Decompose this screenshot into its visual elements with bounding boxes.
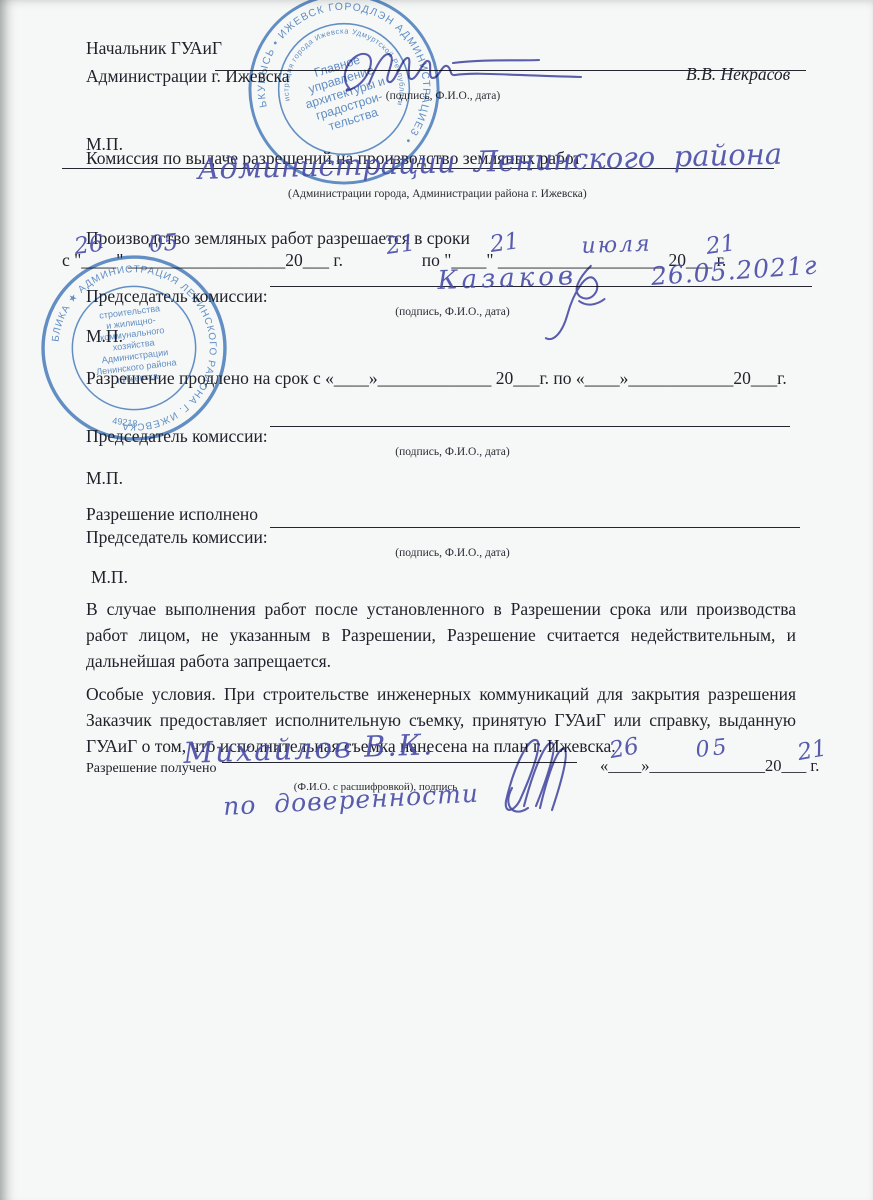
- prolongation-line: Разрешение продлено на срок с «____»____…: [86, 368, 787, 390]
- chairman-issue-signature-ink: [528, 260, 640, 348]
- receipt-date-month: 05: [694, 735, 730, 763]
- receipt-name-handwriting: Михайлов В.К.: [183, 727, 435, 770]
- work-period-to-month: июля: [581, 232, 652, 259]
- legal-paragraph-invalidity: В случае выполнения работ после установл…: [86, 596, 796, 674]
- completion-seal-mark: М.П.: [91, 567, 128, 589]
- commission-caption: (Администрации города, Администрации рай…: [288, 188, 578, 200]
- guaig-stamp-center-text: Главное управление архитектуры и градост…: [296, 47, 395, 138]
- chairman-issue-caption: (подпись, Ф.И.О., дата): [390, 306, 515, 318]
- completion-chairman-label: Председатель комиссии:: [86, 527, 268, 549]
- approver-name: В.В. Некрасов: [686, 64, 790, 86]
- chairman-prolong-caption: (подпись, Ф.И.О., дата): [390, 446, 515, 458]
- chairman-prolong-signature-line: [270, 426, 790, 427]
- completion-caption: (подпись, Ф.И.О., дата): [390, 547, 515, 559]
- receipt-signature-ink: [488, 726, 578, 821]
- work-period-to-day: 21: [488, 228, 521, 258]
- receipt-date-day: 26: [607, 733, 640, 764]
- approver-title-line1: Начальник ГУАиГ: [86, 38, 222, 60]
- completion-heading: Разрешение исполнено: [86, 504, 258, 526]
- scanned-permit-document: Начальник ГУАиГ Администрации г. Ижевска…: [0, 0, 873, 1200]
- completion-signature-line: [270, 527, 800, 528]
- receipt-date-year: 21: [795, 735, 828, 766]
- chairman-prolong-label: Председатель комиссии:: [86, 426, 268, 448]
- chairman-prolong-seal-mark: М.П.: [86, 468, 123, 490]
- district-round-stamp: УДМУРТСКАЯ РЕСПУБЛИКА ★ АДМИНИСТРАЦИЯ ЛЕ…: [27, 241, 241, 455]
- work-period-from-year: 21: [384, 230, 417, 260]
